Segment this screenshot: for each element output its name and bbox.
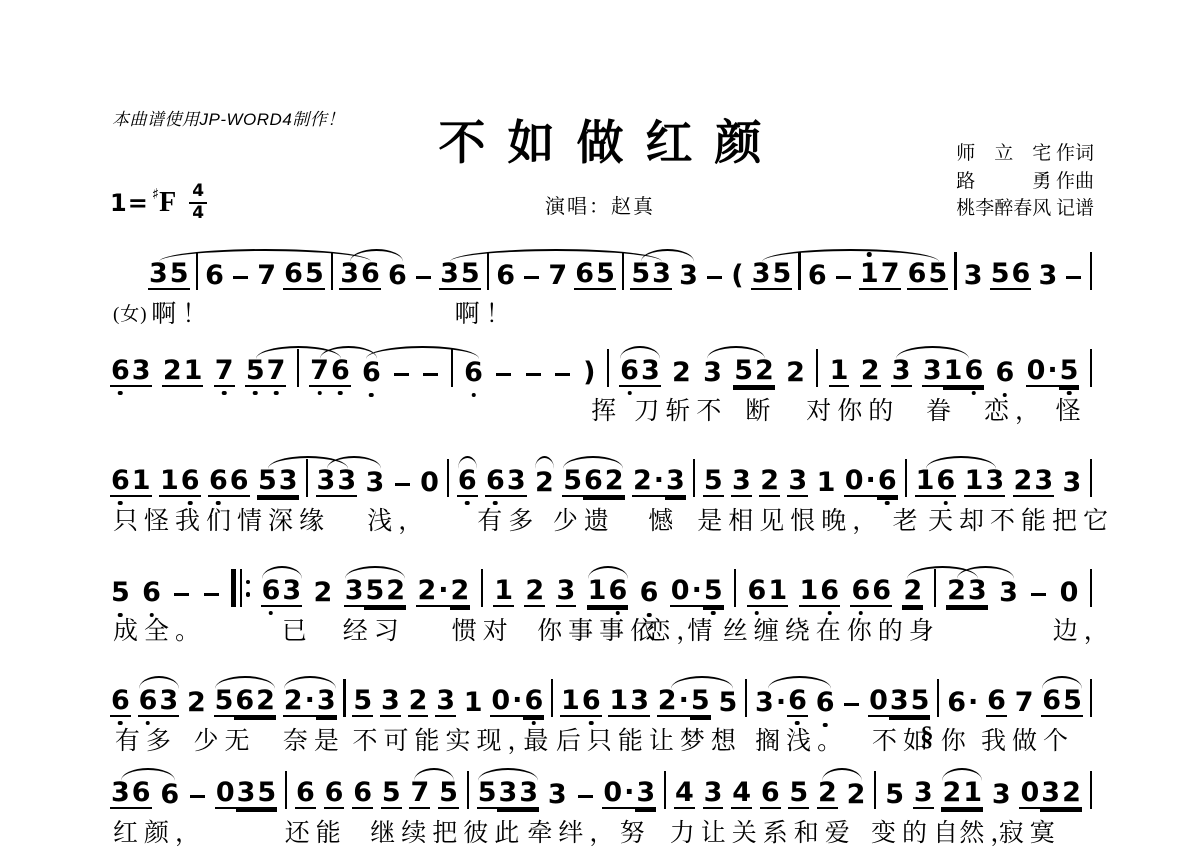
note-digit: 2 [186,689,207,717]
rest-note: 0 [490,687,511,717]
note-digit: 6 [523,687,544,717]
note-digit: 2 [255,687,276,717]
dash-note [1066,276,1081,280]
note-digit: 3 [635,779,656,809]
note-token [172,593,191,608]
note-digit: 3 [339,260,360,290]
note-digit: 3 [889,687,910,717]
score-line-2: 63217577666)632352212331660·5挥刀斩不断对你的眷恋，… [110,345,1092,387]
barline [451,349,453,387]
lyric-run: 最 [523,721,554,757]
note-digit: 7 [214,357,235,387]
note-token: 2·5 [657,687,711,717]
note-token: 2 [817,779,838,809]
note-token: 63 [138,687,180,717]
note-digit: 6 [261,577,282,607]
dash-note [394,373,409,377]
lyric-run: 奈是 [283,721,345,757]
barline [285,771,287,809]
note-digit: 5 [595,260,616,290]
note-digit: 2 [524,577,545,607]
note-token: 3 [702,359,723,387]
note-token: 17 [859,260,901,290]
note-digit: 5 [257,467,278,497]
note-digit: 3 [754,689,775,717]
dash-note [844,703,859,707]
note-token: 6 [361,359,382,387]
note-token [553,373,572,388]
note-digit: 6 [110,467,131,497]
lyric-run: 少无 [193,721,255,757]
barline [447,459,449,497]
note-token: 16 [799,577,841,607]
note-token: 5 [717,689,738,717]
note-token: 2 [186,689,207,717]
note-digit: 3 [913,779,934,809]
notes-row: 566323522·21231660·561166622330 [110,565,1092,607]
note-token: 76 [309,357,351,387]
note-token: ) [582,359,596,387]
note-digit: 6 [760,779,781,809]
note-token: 6 [159,781,180,809]
note-token: 5 [438,779,459,809]
note-digit: 5 [703,467,724,497]
note-digit: 3 [518,779,539,809]
note-digit: 2 [385,577,406,607]
note-digit: 5 [884,781,905,809]
note-digit: 5 [717,689,738,717]
note-token: 61 [110,467,152,497]
note-digit: 2 [860,357,881,387]
note-digit: 3 [497,779,518,809]
note-token: 6 [324,779,345,809]
note-token: 0·6 [844,467,898,497]
sheet-music-page: 本曲谱使用JP-WORD4制作！ 不如做红颜 演唱：赵真 师 立 宅 作词 路 … [0,0,1200,850]
note-digit: 6 [131,779,152,809]
note-token: 66 [208,467,250,497]
note-token: 1 [493,577,514,607]
note-token: 7 [256,262,277,290]
lyric-run: 对你的 [806,391,899,427]
note-digit: 6 [995,359,1016,387]
note-digit: 5 [1062,687,1083,717]
note-token: 0·5 [670,577,724,607]
note-token: 21 [162,357,204,387]
note-digit: 6 [946,689,967,717]
note-digit: 1 [915,467,936,497]
lyric-run: 啊！ [455,294,517,330]
note-digit: 3 [731,467,752,497]
lyric-run: 眷 [926,391,957,427]
barline [934,569,936,607]
lyric-run: 惯对 [452,611,514,647]
dash-note [416,276,431,280]
segno-sign: § [920,721,934,752]
note-digit: · [775,689,787,717]
note-digit: 7 [256,262,277,290]
note-digit: 6 [361,359,382,387]
note-digit: 1 [964,467,985,497]
dash-note [578,795,593,799]
note-token: 6 [807,262,828,290]
note-digit: 3 [316,467,337,497]
note-digit: 6 [787,687,808,717]
barline [798,252,800,290]
note-digit: 6 [986,687,1007,717]
note-token: 2 [860,357,881,387]
note-token: 5 [352,687,373,717]
note-token: 65 [907,260,949,290]
dash-note [174,593,189,597]
slur-arc [366,346,479,360]
dash-note [555,373,570,377]
note-digit: 5 [460,260,481,290]
note-digit: 3 [336,467,357,497]
note-digit: 2 [1013,467,1034,497]
lyric-run: 有多 [115,721,177,757]
note-token: 5 [884,781,905,809]
note-token: 1 [816,469,837,497]
note-token: 035 [215,779,277,809]
note-token [494,373,513,388]
dash-note [836,276,851,280]
note-digit: 1 [859,260,880,290]
note-digit: 5 [990,260,1011,290]
note-token: 562 [214,687,276,717]
lyrics-row: 有多少无奈是不可能实现，最后只能让梦想搁浅。不如§你我做个 [110,721,1092,753]
note-digit: 6 [387,262,408,290]
note-digit: 2 [846,781,867,809]
note-token [414,276,433,291]
barline [745,679,747,717]
notes-row: 356765366356765533(35617653563 [110,248,1092,290]
note-digit: 5 [438,779,459,809]
note-digit: · [967,689,979,717]
note-token: 4 [674,779,695,809]
note-digit: 5 [910,687,931,717]
note-digit: 1 [183,357,204,387]
note-digit: 4 [731,779,752,809]
note-digit: 2 [408,687,429,717]
note-digit: 1 [943,357,964,387]
lyric-run: 变的自 [871,813,964,849]
note-token: 3 [678,262,699,290]
note-digit: · [304,687,316,717]
note-digit: 1 [767,577,788,607]
note-digit: 3 [665,467,686,497]
rest-note: 0 [1059,579,1080,607]
note-digit: 1 [587,577,608,607]
dash-note [526,373,541,377]
barline [331,252,333,290]
lyric-run: 断 [745,391,776,427]
lyrics-row: 挥刀斩不断对你的眷恋，怪 [110,391,1092,423]
note-digit: 5 [477,779,498,809]
note-token: 7 [409,779,430,809]
note-token: 7 [1014,689,1035,717]
note-digit: 1 [962,779,983,809]
note-token: 2 [408,687,429,717]
note-digit: 5 [703,577,724,607]
rest-note: 0 [868,687,889,717]
note-digit: 1 [131,467,152,497]
note-digit: 3 [991,781,1012,809]
lyric-run: 后只能让梦想 [556,721,742,757]
note-token: 5 [381,779,402,809]
note-digit: 6 [583,467,604,497]
note-token: 52 [733,357,775,387]
note-digit: 3 [787,467,808,497]
note-token: 3 [1062,469,1083,497]
note-digit: 5 [562,467,583,497]
note-token: 316 [922,357,984,387]
note-token [1064,276,1083,291]
note-digit: 6 [963,357,984,387]
note-token: 3 [998,579,1019,607]
barline [1090,459,1092,497]
lyric-run: 寂寞 [999,813,1061,849]
dash-note [233,276,248,280]
note-token: 3 [963,262,984,290]
barline [487,252,489,290]
note-digit: 3 [1040,779,1061,809]
note-digit: 3 [131,357,152,387]
barline [467,771,469,809]
note-digit: 6 [747,577,768,607]
note-token: 21 [941,779,983,809]
note-digit: 5 [364,577,385,607]
dash-note [524,276,539,280]
lyric-run: 还能 [285,813,347,849]
note-token: 2 [313,579,334,607]
note-digit: 5 [245,357,266,387]
note-token: 3 [731,467,752,497]
note-token: 6 [760,779,781,809]
note-digit: 5 [630,260,651,290]
note-token: 6 [295,779,316,809]
note-token: 56 [990,260,1032,290]
note-digit: 2 [785,359,806,387]
note-digit: 6 [495,262,516,290]
note-token: 13 [964,467,1006,497]
note-token: 3 [703,779,724,809]
note-token: 6 [457,467,478,497]
note-digit: 3 [380,687,401,717]
note-digit: 3 [236,779,257,809]
note-token: 57 [245,357,287,387]
lyrics-row: 成全。已经习惯对你事事依恋，情丝缠绕在你的身边， [110,611,1092,643]
note-token: 5 [703,467,724,497]
note-token: 3 [891,357,912,387]
notes-row: 66325622·3532310·616132·553·660356·6765 [110,675,1092,717]
note-digit: 1 [608,687,629,717]
barline [1090,569,1092,607]
note-token: 2 [902,577,923,607]
note-digit: 7 [266,357,287,387]
note-digit: 1 [829,357,850,387]
lyric-run: 已 [282,611,313,647]
note-digit: 2 [941,779,962,809]
note-digit: 3 [439,260,460,290]
score-body: 356765366356765533(35617653563(女)啊！啊！632… [110,0,1092,850]
note-digit: 6 [110,357,131,387]
note-token: ( [730,262,744,290]
note-digit: 5 [304,260,325,290]
note-digit: 6 [110,687,131,717]
note-token [392,373,411,388]
lyric-run: 不可能实现， [353,721,539,757]
note-token [1029,593,1048,608]
lyric-run: 丝缠绕在你的身 [723,611,940,647]
note-digit: 6 [208,467,229,497]
note-token: 23 [1013,467,1055,497]
note-digit: 6 [907,260,928,290]
note-digit: · [623,779,635,809]
note-digit: 6 [639,579,660,607]
note-digit: 1 [816,469,837,497]
note-digit: 6 [138,687,159,717]
barline [1090,679,1092,717]
note-token: 65 [574,260,616,290]
note-digit: 6 [141,579,162,607]
notes-row: 61166653333066325622·3532310·61613233 [110,455,1092,497]
note-digit: 6 [607,577,628,607]
note-digit: 3 [435,687,456,717]
note-token: 2 [524,577,545,607]
note-token: 2 [759,467,780,497]
dash-note [496,373,511,377]
lyric-run: 成全。 [113,611,206,647]
barline [905,459,907,497]
note-token [834,276,853,291]
note-token: 0 [1059,579,1080,607]
note-digit: 3 [629,687,650,717]
note-token: 3 [556,577,577,607]
barline [481,569,483,607]
note-token: 032 [1019,779,1081,809]
note-token: 23 [946,577,988,607]
lyric-run: 力让关系和爱 [670,813,856,849]
note-digit: 3 [651,260,672,290]
rest-note: 0 [844,467,865,497]
note-digit: 3 [365,469,386,497]
note-digit: 6 [330,357,351,387]
note-digit: 3 [702,359,723,387]
note-digit: 5 [256,779,277,809]
note-token: 16 [587,577,629,607]
note-token: 6 [352,779,373,809]
note-digit: 3 [278,467,299,497]
barline [343,679,345,717]
barline [1090,771,1092,809]
note-digit: 5 [788,779,809,809]
note-digit: 5 [352,687,373,717]
note-digit: 3 [506,467,527,497]
repeat-start-sign [231,569,250,607]
rest-note: 0 [1019,779,1040,809]
note-token: 3 [787,467,808,497]
note-digit: 5 [772,260,793,290]
note-token: 6 [639,579,660,607]
note-digit: 3 [556,577,577,607]
note-digit: 2 [671,359,692,387]
note-token: 2·3 [283,687,337,717]
note-digit: 2 [604,467,625,497]
note-digit: 3 [1037,262,1058,290]
note-digit: · [437,577,449,607]
lyric-run: 恋， [984,391,1046,427]
note-token: 61 [747,577,789,607]
dash-note [707,276,722,280]
lyric-run: 边， [1053,611,1115,647]
lyric-run: 搁浅。 [755,721,848,757]
lyric-run: 努 [620,813,651,849]
note-digit: 5 [110,579,131,607]
note-token: 1 [829,357,850,387]
note-token: 2 [671,359,692,387]
note-token: 13 [608,687,650,717]
note-token [842,703,861,718]
lyric-run: 继续把彼此 [370,813,525,849]
note-digit: 6 [463,359,484,387]
note-token [705,276,724,291]
note-token: 6 [204,262,225,290]
note-digit: 3 [640,357,661,387]
note-digit: 6 [180,467,201,497]
notes-row: 36603566657553330·3434652253213032 [110,767,1092,809]
note-token: 16 [915,467,957,497]
note-token: 63 [485,467,527,497]
note-digit: 7 [547,262,568,290]
note-token: 63 [619,357,661,387]
note-token: 6 [110,687,131,717]
dash-note [204,593,219,597]
note-digit: 1 [493,577,514,607]
note-token: 3 [547,781,568,809]
lyric-run: 有多 [477,501,539,537]
note-token: 1 [463,689,484,717]
lyric-run: 只怪我们情深缘 [113,501,330,537]
note-digit: ) [582,359,596,387]
lyric-run: 啊！ [151,294,213,330]
note-token: 7 [547,262,568,290]
rest-note: 0 [419,469,440,497]
note-token [231,276,250,291]
note-token: 63 [110,357,152,387]
note-digit: 2 [657,687,678,717]
note-digit: 5 [690,687,711,717]
lyric-run: 你事事依 [537,611,661,647]
note-token: 3·6 [754,687,808,717]
note-digit: 3 [316,687,337,717]
note-digit: 6 [871,577,892,607]
note-token: 0 [419,469,440,497]
note-digit: 3 [703,779,724,809]
note-token: 2 [785,359,806,387]
score-line-6: 36603566657553330·3434652253213032红颜，还能继… [110,767,1092,809]
barline [297,349,299,387]
barline [551,679,553,717]
rest-note: 0 [1026,357,1047,387]
lyric-run: 情 [687,611,718,647]
note-token: 3 [913,779,934,809]
note-token [393,483,412,498]
note-token: 2 [846,781,867,809]
note-token [522,276,541,291]
note-digit: 1 [560,687,581,717]
note-digit: 3 [547,781,568,809]
note-token: 0·3 [602,779,656,809]
